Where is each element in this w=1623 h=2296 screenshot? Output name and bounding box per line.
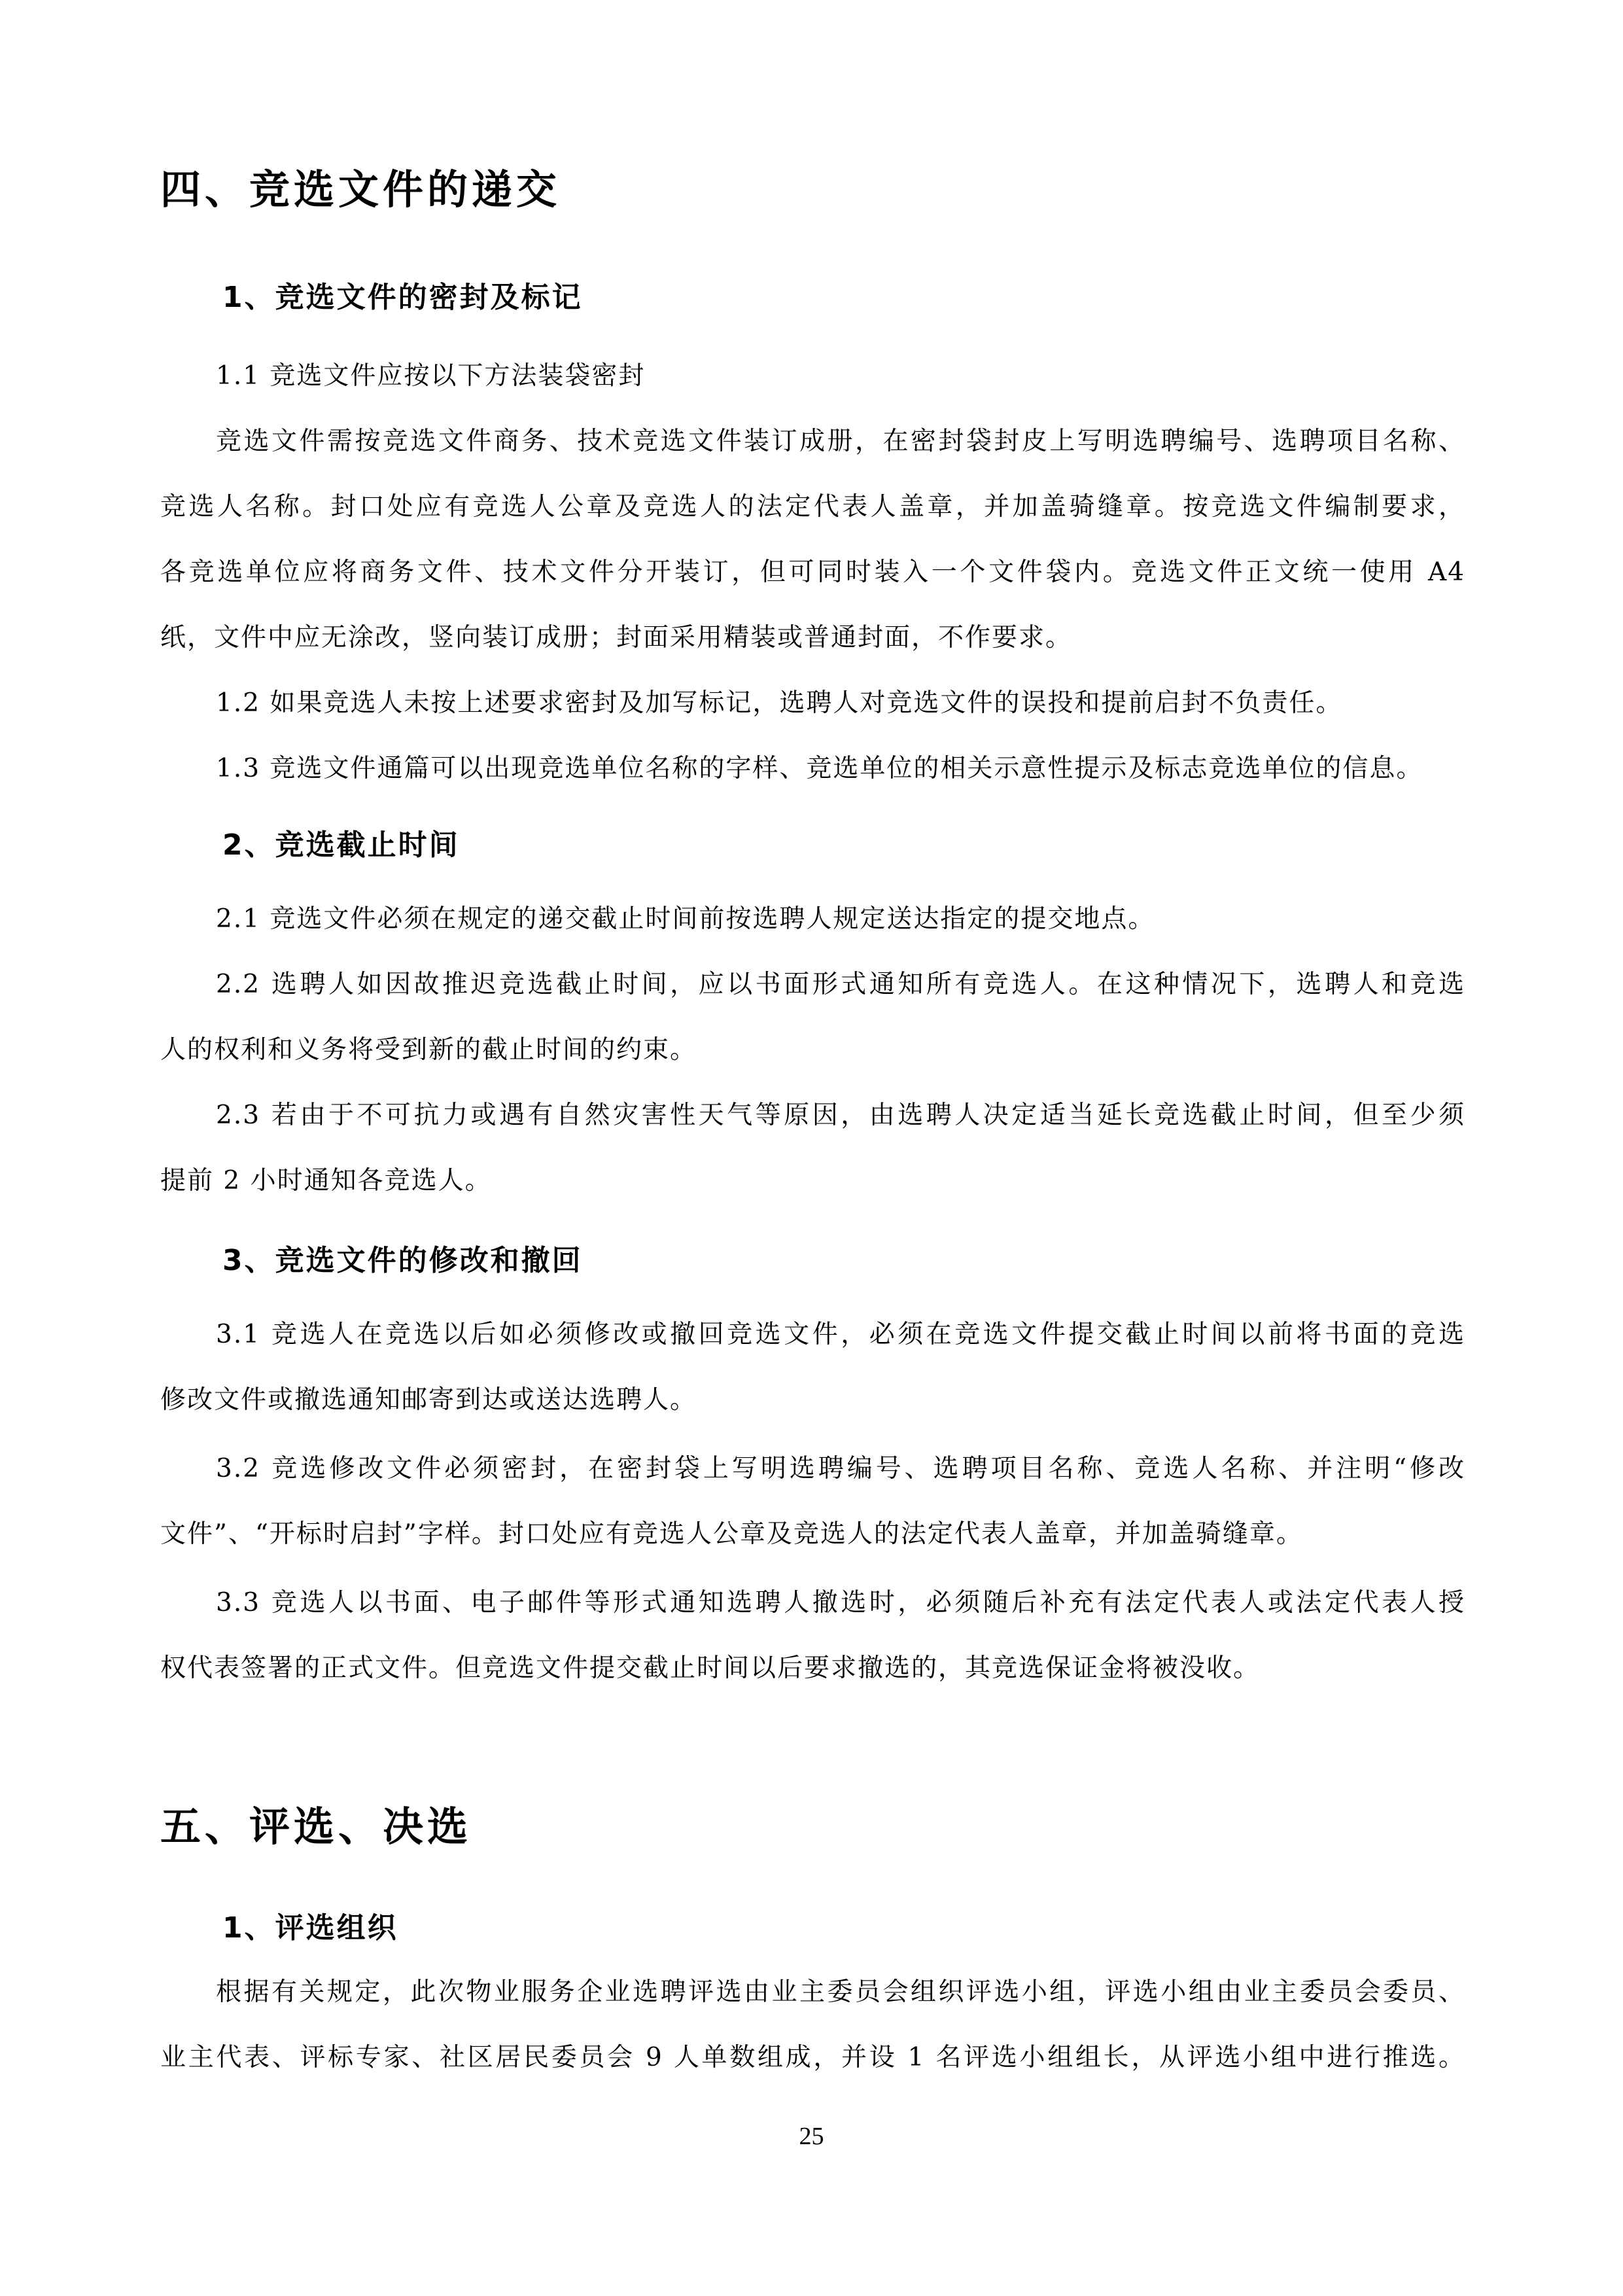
page-number: 25 bbox=[0, 2120, 1623, 2153]
paragraph-line: 1.1 竞选文件应按以下方法装袋密封 bbox=[216, 358, 1465, 395]
subsection-heading-5-1: 1、评选组织 bbox=[222, 1909, 398, 1948]
subsection-heading-4-1: 1、竞选文件的密封及标记 bbox=[222, 278, 583, 317]
paragraph-line: 3.2 竞选修改文件必须密封，在密封袋上写明选聘编号、选聘项目名称、竞选人名称、… bbox=[216, 1451, 1465, 1487]
subsection-heading-4-2: 2、竞选截止时间 bbox=[222, 826, 460, 865]
paragraph-line: 权代表签署的正式文件。但竞选文件提交截止时间以后要求撤选的，其竞选保证金将被没收… bbox=[160, 1650, 1465, 1687]
paragraph-line: 1.2 如果竞选人未按上述要求密封及加写标记，选聘人对竞选文件的误投和提前启封不… bbox=[216, 685, 1465, 722]
paragraph-line: 纸，文件中应无涂改，竖向装订成册；封面采用精装或普通封面，不作要求。 bbox=[160, 620, 1465, 656]
subsection-heading-4-3: 3、竞选文件的修改和撤回 bbox=[222, 1241, 583, 1280]
section-heading-5: 五、评选、决选 bbox=[160, 1801, 472, 1853]
paragraph-line: 2.3 若由于不可抗力或遇有自然灾害性天气等原因，由选聘人决定适当延长竞选截止时… bbox=[216, 1097, 1465, 1134]
document-page: 四、竞选文件的递交 1、竞选文件的密封及标记 1.1 竞选文件应按以下方法装袋密… bbox=[0, 0, 1623, 2296]
paragraph-line: 1.3 竞选文件通篇可以出现竞选单位名称的字样、竞选单位的相关示意性提示及标志竞… bbox=[216, 751, 1465, 787]
paragraph-line: 人的权利和义务将受到新的截止时间的约束。 bbox=[160, 1032, 1465, 1069]
paragraph-line: 业主代表、评标专家、社区居民委员会 9 人单数组成，并设 1 名评选小组组长，从… bbox=[160, 2040, 1465, 2076]
paragraph-line: 各竞选单位应将商务文件、技术文件分开装订，但可同时装入一个文件袋内。竞选文件正文… bbox=[160, 554, 1465, 591]
paragraph-line: 修改文件或撤选通知邮寄到达或送达选聘人。 bbox=[160, 1382, 1465, 1419]
section-heading-4: 四、竞选文件的递交 bbox=[160, 164, 561, 216]
paragraph-line: 根据有关规定，此次物业服务企业选聘评选由业主委员会组织评选小组，评选小组由业主委… bbox=[216, 1974, 1465, 2011]
paragraph-line: 文件”、“开标时启封”字样。封口处应有竞选人公章及竞选人的法定代表人盖章，并加盖… bbox=[160, 1516, 1465, 1553]
paragraph-line: 3.1 竞选人在竞选以后如必须修改或撤回竞选文件，必须在竞选文件提交截止时间以前… bbox=[216, 1316, 1465, 1353]
paragraph-line: 2.2 选聘人如因故推迟竞选截止时间，应以书面形式通知所有竞选人。在这种情况下，… bbox=[216, 966, 1465, 1003]
paragraph-line: 2.1 竞选文件必须在规定的递交截止时间前按选聘人规定送达指定的提交地点。 bbox=[216, 901, 1465, 938]
paragraph-line: 竞选人名称。封口处应有竞选人公章及竞选人的法定代表人盖章，并加盖骑缝章。按竞选文… bbox=[160, 489, 1465, 525]
paragraph-line: 3.3 竞选人以书面、电子邮件等形式通知选聘人撤选时，必须随后补充有法定代表人或… bbox=[216, 1585, 1465, 1621]
paragraph-line: 提前 2 小时通知各竞选人。 bbox=[160, 1163, 1465, 1199]
paragraph-line: 竞选文件需按竞选文件商务、技术竞选文件装订成册，在密封袋封皮上写明选聘编号、选聘… bbox=[216, 423, 1465, 460]
